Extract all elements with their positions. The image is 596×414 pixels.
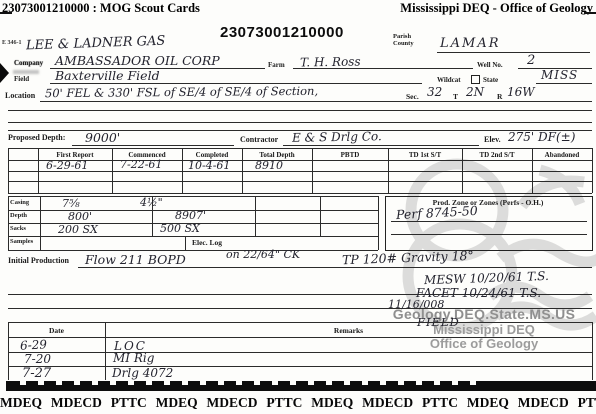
rng-label: R [497,92,502,101]
history-total-depth-value: 8910 [255,159,283,172]
history-header-td2nd: TD 2nd S/T [462,151,532,159]
history-first-report-value: 6-29-61 [46,159,88,172]
scan-mark-left [0,12,12,14]
elec-log-label: Elec. Log [192,238,222,247]
history-header-td1st: TD 1st S/T [388,151,462,159]
casing-sacks-2: 500 SX [160,222,200,235]
field-label-smudge [13,70,39,74]
samples-row-label: Samples [10,238,33,245]
contractor-value: E & S Drlg Co. [292,129,382,145]
proposed-depth-label: Proposed Depth: [8,133,65,142]
remarks-column-header: Remarks [105,326,592,335]
history-header-completed: Completed [182,151,242,159]
state-value: MISS [541,68,578,82]
card-bottom-dashes [8,381,478,385]
sec-label: Sec. [406,92,419,101]
lease-name-handwriting: LEE & LADNER GAS [26,34,166,54]
well-no-value: 2 [527,53,535,68]
casing-sacks-1: 200 SX [58,223,98,236]
casing-depth-1: 800' [68,210,92,223]
page-title: 23073001210000 : MOG Scout Cards [2,1,200,16]
wildcat-label: Wildcat [437,76,461,84]
form-code: E 346-1 [2,40,22,46]
farm-label: Farm [268,61,285,69]
depth-row-label: Depth [10,212,27,219]
county-value: LAMAR [440,36,501,51]
watermark-office: Office of Geology [372,336,596,351]
sec-value: 32 [427,85,442,99]
remark-text-3: Drlg 4072 [112,366,173,380]
parish-label: Parish [393,33,411,40]
history-commenced-value: 7-22-61 [120,158,162,171]
location-value: 50' FEL & 330' FSL of SE/4 of SE/4 of Se… [45,84,318,100]
rng-value: 16W [507,85,535,99]
note-date: 11/16/008 [388,298,444,311]
ip-flow-value: Flow 211 BOPD [85,252,186,267]
date-column-header: Date [8,326,105,335]
footer-watermark-strip: MDEQ MDECD PTTC MDEQ MDECD PTTC MDEQ MDE… [0,395,596,411]
proposed-depth-value: 9000' [85,130,120,145]
ip-choke-value: on 22/64" CK [226,248,300,261]
casing-row-label: Casing [10,199,29,206]
remark-date-2: 7-20 [24,352,51,366]
history-completed-value: 10-4-61 [188,159,230,172]
scout-card-page: 23073001210000 : MOG Scout Cards Mississ… [0,0,596,414]
twp-label: T [453,92,458,101]
initial-production-label: Initial Production [8,256,69,265]
api-number-stamp: 23073001210000 [220,24,344,41]
history-header-pbtd: PBTD [312,151,388,159]
history-header-total-depth: Total Depth [242,151,312,159]
sacks-row-label: Sacks [10,225,26,232]
remark-date-1: 6-29 [20,337,48,352]
contractor-label: Contractor [240,135,278,144]
elev-label: Elev. [484,135,501,144]
field-label: Field [14,75,29,83]
well-no-label: Well No. [477,61,503,69]
history-header-first-report: First Report [38,151,112,159]
county-label: County [393,40,414,47]
elev-value: 275' DF(±) [508,130,575,144]
state-label: State [483,76,498,84]
casing-size-2: 4½" [140,196,163,209]
twp-value: 2N [466,85,484,99]
history-header-abandoned: Abandoned [532,151,592,159]
casing-size-1: 7⅝ [62,197,80,210]
location-label: Location [5,91,35,100]
remark-text-2: MI Rig [113,351,154,365]
header-org-title: Mississippi DEQ - Office of Geology [400,1,593,16]
field-value: Baxterville Field [55,68,160,83]
wildcat-checkbox-icon [471,75,480,84]
casing-depth-2: 8907' [175,209,206,222]
remark-date-3: 7-27 [22,366,51,381]
company-value: AMBASSADOR OIL CORP [55,53,220,68]
scan-artifact-wedge [0,63,9,83]
company-label: Company [14,59,43,67]
scan-mark-right [584,12,596,14]
